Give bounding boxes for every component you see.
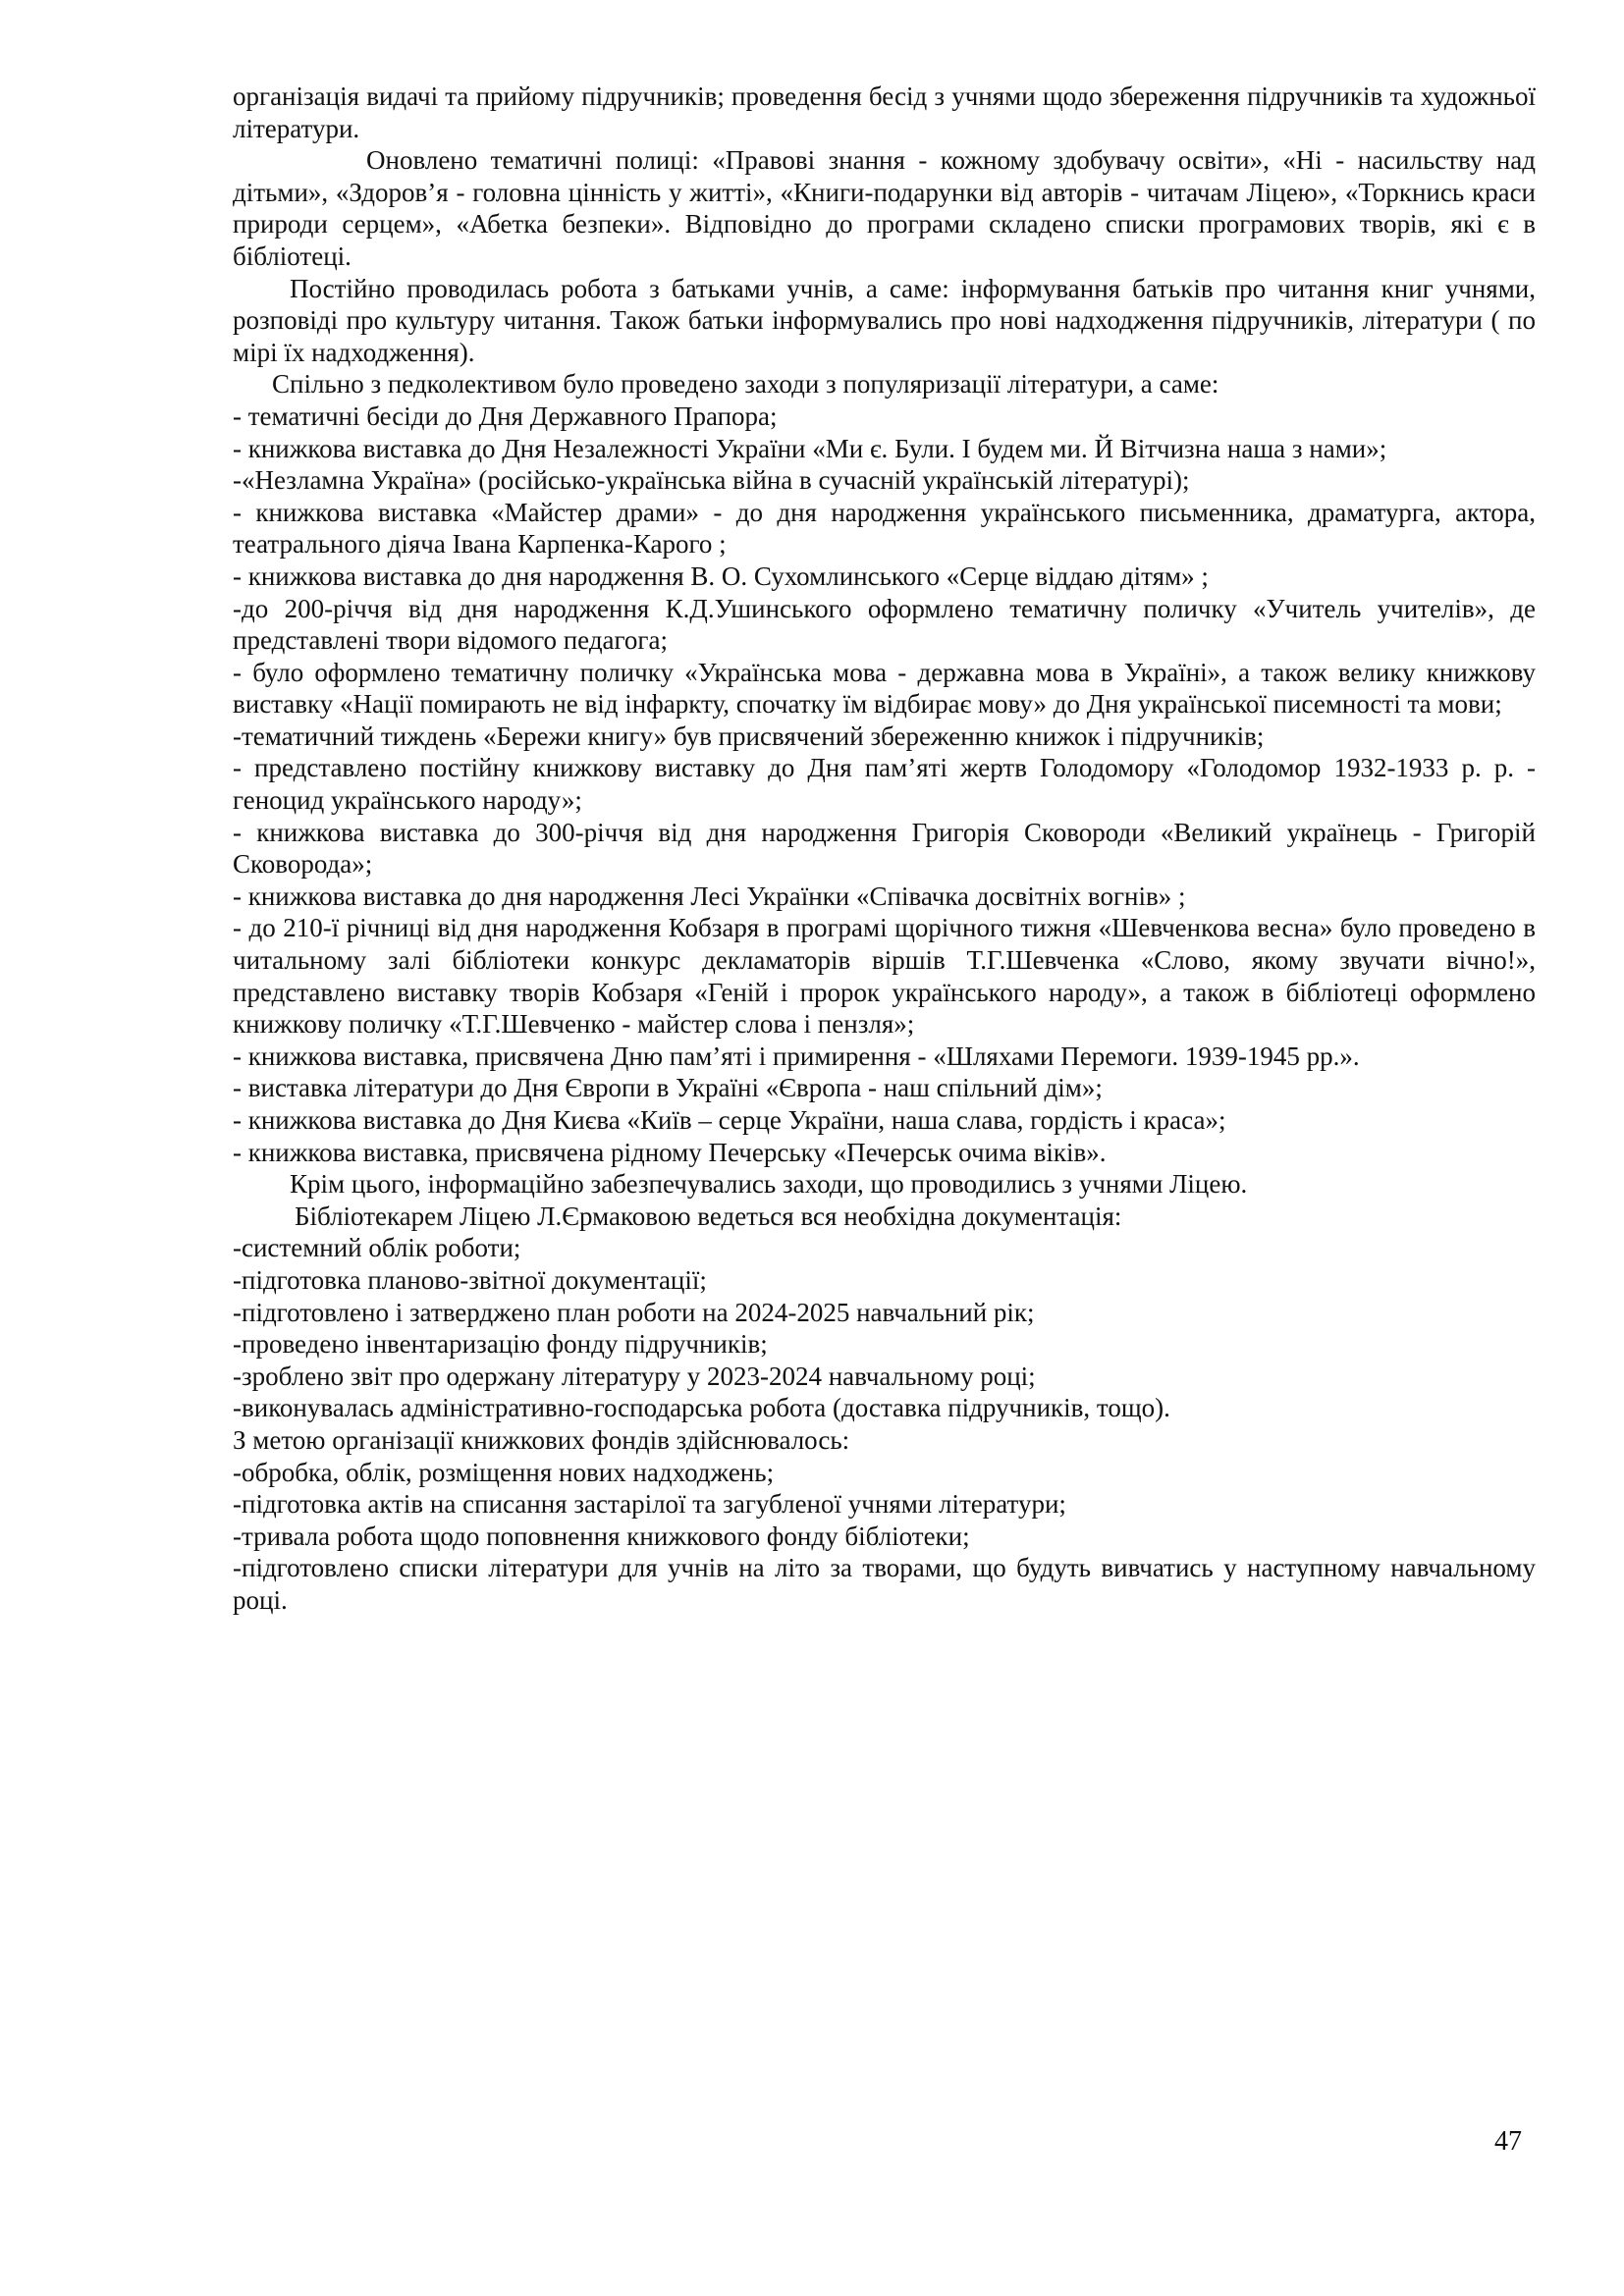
paragraph: - книжкова виставка до Дня Незалежності … [233,433,1536,465]
paragraph: -«Незламна Україна» (російсько-українськ… [233,464,1536,497]
paragraph: - книжкова виставка до Дня Києва «Київ –… [233,1104,1536,1137]
paragraph: -тривала робота щодо поповнення книжково… [233,1521,1536,1553]
paragraph: -проведено інвентаризацію фонду підручни… [233,1328,1536,1361]
paragraph: -обробка, облік, розміщення нових надход… [233,1457,1536,1489]
paragraph: -зроблено звіт про одержану літературу у… [233,1361,1536,1393]
paragraph: -системний облік роботи; [233,1232,1536,1264]
paragraph: -підготовка актів на списання застарілої… [233,1488,1536,1521]
paragraph: - книжкова виставка до 300-річчя від дня… [233,817,1536,881]
paragraph: - до 210-ї річниці від дня народження Ко… [233,912,1536,1040]
paragraph: - книжкова виставка, присвячена рідному … [233,1137,1536,1169]
paragraph: - представлено постійну книжкову виставк… [233,752,1536,816]
paragraph: - книжкова виставка «Майстер драми» - до… [233,497,1536,561]
paragraph: Оновлено тематичні полиці: «Правові знан… [233,144,1536,272]
paragraph: З метою організації книжкових фондів зді… [233,1424,1536,1457]
paragraph: -підготовка планово-звітної документації… [233,1264,1536,1297]
paragraph: -до 200-річчя від дня народження К.Д.Уши… [233,593,1536,657]
paragraph: Крім цього, інформаційно забезпечувались… [233,1168,1536,1201]
page-number: 47 [1494,2126,1522,2158]
paragraph: -підготовлено списки літератури для учні… [233,1552,1536,1616]
paragraph: - книжкова виставка, присвячена Дню пам’… [233,1041,1536,1073]
paragraph: -виконувалась адміністративно-господарсь… [233,1392,1536,1424]
paragraph: -тематичний тиждень «Бережи книгу» був п… [233,721,1536,753]
paragraph: - було оформлено тематичну поличку «Укра… [233,657,1536,721]
paragraph: -підготовлено і затверджено план роботи … [233,1297,1536,1329]
paragraph: - тематичні бесіди до Дня Державного Пра… [233,400,1536,433]
paragraph: - книжкова виставка до дня народження В.… [233,561,1536,593]
paragraph: організація видачі та прийому підручникі… [233,80,1536,144]
paragraph: Постійно проводилась робота з батьками у… [233,273,1536,369]
paragraph: - книжкова виставка до дня народження Ле… [233,881,1536,913]
paragraph: Бібліотекарем Ліцею Л.Єрмаковою ведеться… [233,1201,1536,1233]
paragraph: Спільно з педколективом було проведено з… [233,368,1536,400]
paragraph: - виставка літератури до Дня Європи в Ук… [233,1072,1536,1104]
document-body: організація видачі та прийому підручникі… [233,80,1536,1617]
